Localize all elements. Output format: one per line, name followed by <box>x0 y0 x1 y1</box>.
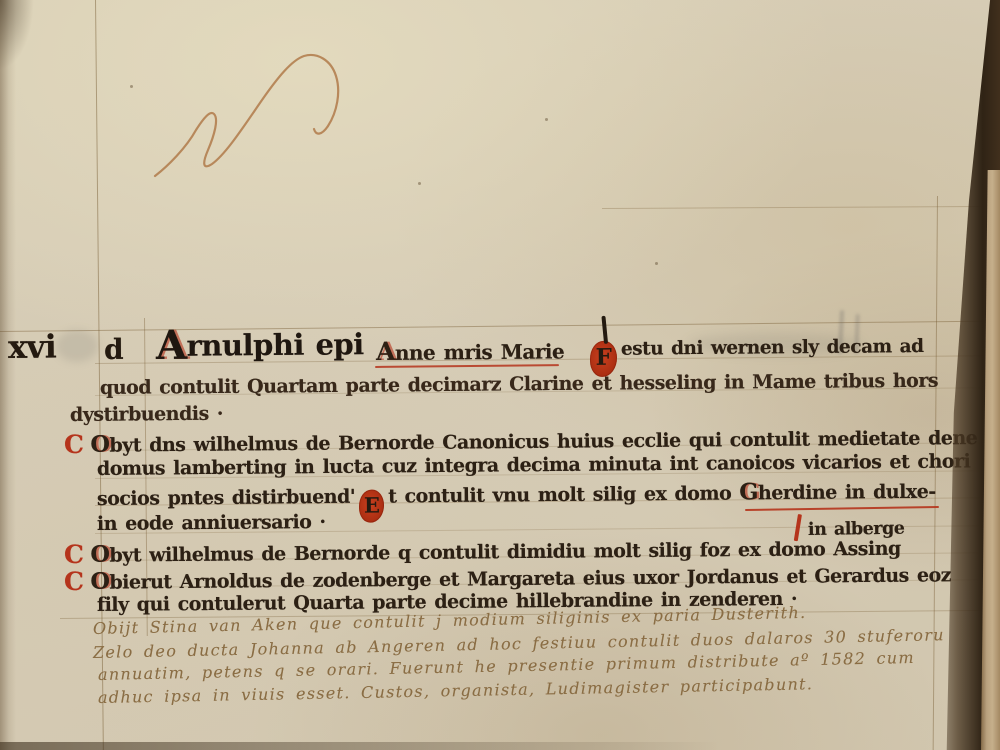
page-edge-left-shadow <box>0 0 16 750</box>
rubric-paragraph-mark: C <box>64 540 84 569</box>
ruling-vertical-right-margin <box>933 196 939 750</box>
entry-text: socios pntes distirbuend' <box>97 486 355 510</box>
commemoration-heading: Anne mris Marie <box>376 336 564 366</box>
entry-text: t contulit vnu molt silig ex domo <box>388 482 739 507</box>
entry-initial: O <box>90 569 109 595</box>
initial-ascender <box>601 316 608 344</box>
entry-quartam-line2: dystirbuendis · <box>70 404 223 427</box>
entry-obit-wilhelm1-line4: in eode anniuersario · <box>97 512 326 535</box>
manuscript-page: xvi d Arnulphi epi Anne mris Marie F est… <box>0 0 1000 750</box>
commemoration-heading-text: nne mris Marie <box>395 339 564 364</box>
entry-initial: O <box>90 432 109 458</box>
rubric-paragraph-mark: C <box>64 567 84 596</box>
anne-underline-rubric <box>375 364 559 368</box>
rubric-paragraph-mark: C <box>64 430 84 459</box>
page-edge-bottom-shadow <box>0 742 720 750</box>
ruling-horizontal-upper-faint <box>602 206 1000 209</box>
dominical-letter: d <box>104 334 123 366</box>
ruling-horizontal-header <box>0 321 1000 333</box>
smudge-margin <box>56 330 98 362</box>
festum-heading-text: estu dni wernen sly decam ad <box>621 336 924 360</box>
ink-dot-2 <box>545 118 548 121</box>
rubric-initial-festum-letter: F <box>595 344 611 371</box>
entry-text: bierut Arnoldus de zodenberge et Margare… <box>109 564 951 593</box>
feast-heading: Arnulphi epi <box>156 322 364 369</box>
pen-trial-squiggle <box>140 38 360 188</box>
entry-initial: O <box>90 542 109 568</box>
rubric-initial-et-letter: E <box>364 493 380 518</box>
rubric-initial-et: E <box>359 489 384 522</box>
rubric-initial-arnulphi: A <box>156 322 187 369</box>
ink-dot-4 <box>655 262 658 265</box>
rubric-initial-anne: A <box>376 337 395 366</box>
entry-text: herdine in dulxe- <box>758 481 936 505</box>
ink-dot-3 <box>418 182 421 185</box>
rubric-initial-gherdine: G <box>739 479 758 505</box>
feast-heading-text: rnulphi epi <box>186 327 363 363</box>
entry-quartam-line1: quod contulit Quartam parte decimarz Cla… <box>100 371 938 400</box>
page-corner-top-left-shadow <box>0 0 34 70</box>
ink-dot-1 <box>130 85 133 88</box>
